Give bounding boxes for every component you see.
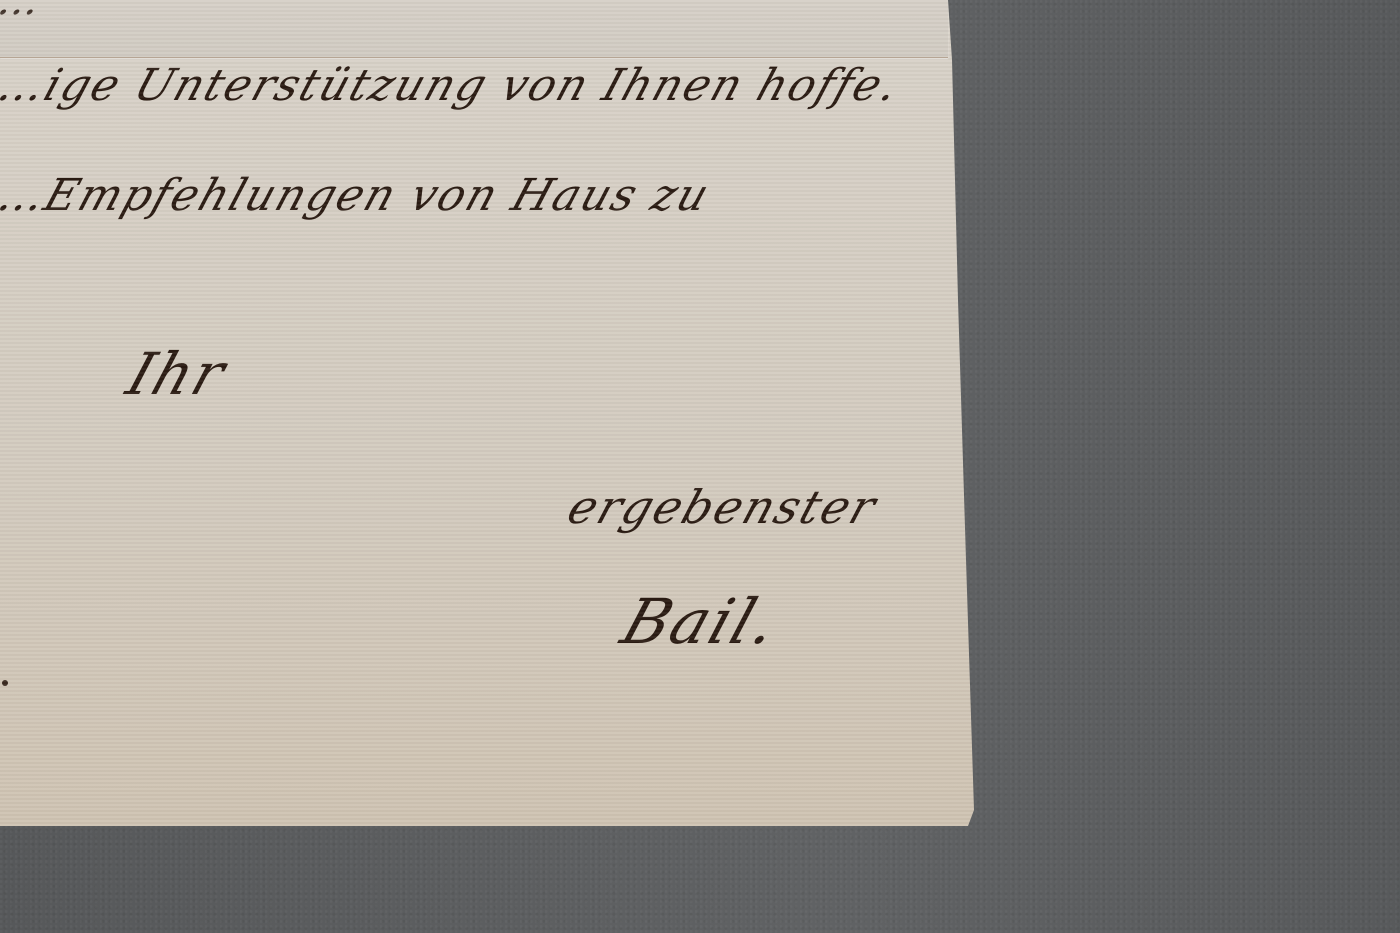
signature: Bail. <box>613 585 789 658</box>
overlapping-sheet-edge: … <box>0 0 948 58</box>
handwritten-line-1: …ige Unterstützung von Ihnen hoffe. <box>0 60 907 111</box>
letter-page: … …ige Unterstützung von Ihnen hoffe. …E… <box>0 0 974 826</box>
ink-spot <box>2 680 8 686</box>
valediction: ergebenster <box>561 480 884 534</box>
partial-text-line: … <box>0 0 49 24</box>
closing-word: Ihr <box>119 340 235 408</box>
handwritten-line-2: …Empfehlungen von Haus zu <box>0 170 717 221</box>
